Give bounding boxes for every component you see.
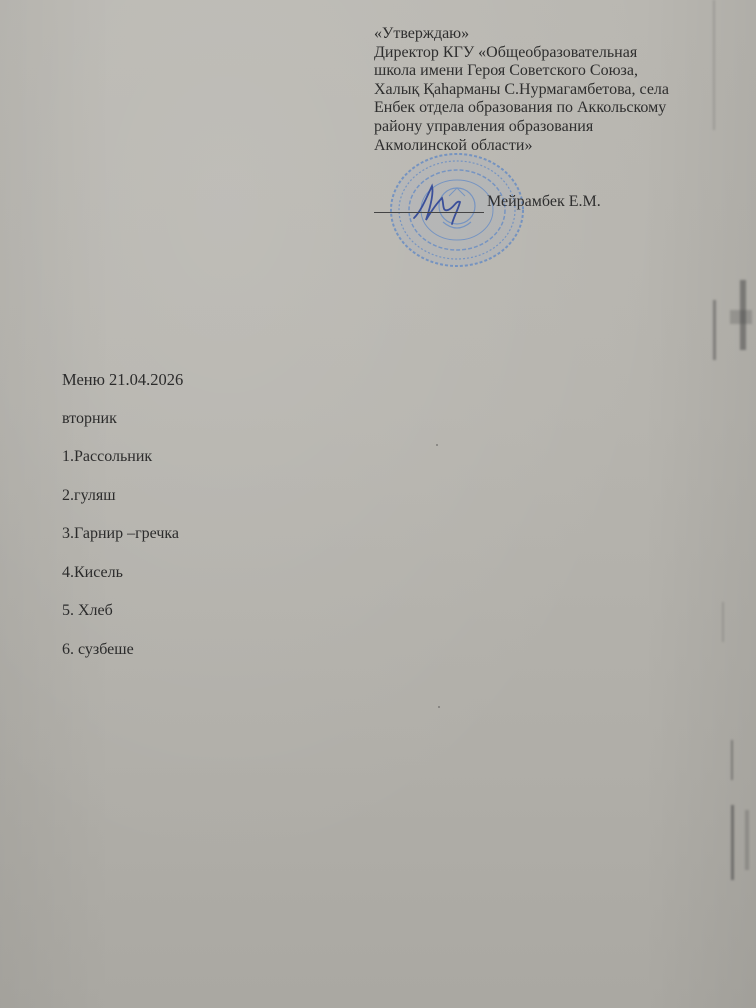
menu-item: 5. Хлеб [62, 602, 183, 641]
scan-streak [745, 810, 749, 870]
scan-streak [722, 602, 724, 642]
approval-heading: «Утверждаю» [374, 25, 756, 44]
approval-block: «Утверждаю» Директор КГУ «Общеобразовате… [374, 25, 756, 155]
speck [436, 444, 438, 446]
approval-line: Директор КГУ «Общеобразовательная [374, 44, 756, 63]
menu-item: 1.Рассольник [62, 448, 183, 487]
speck [438, 706, 440, 708]
menu-item: 4.Кисель [62, 564, 183, 603]
signer-name: Мейрамбек Е.М. [487, 193, 601, 211]
signature-row: Мейрамбек Е.М. [374, 193, 674, 217]
approval-line: школа имени Героя Советского Союза, [374, 62, 756, 81]
menu-block: Меню 21.04.2026 вторник 1.Рассольник 2.г… [62, 371, 183, 679]
approval-line: Халық Қаһарманы С.Нурмагамбетова, села [374, 81, 756, 100]
scan-streak [713, 300, 716, 360]
approval-line: району управления образования [374, 118, 756, 137]
menu-item: 6. сузбеше [62, 641, 183, 680]
signature-line [374, 212, 484, 213]
menu-item: 3.Гарнир –гречка [62, 525, 183, 564]
scan-streak [731, 740, 733, 780]
menu-item: 2.гуляш [62, 487, 183, 526]
scan-streak [730, 310, 752, 324]
menu-title: Меню 21.04.2026 [62, 371, 183, 410]
menu-weekday: вторник [62, 410, 183, 449]
scan-streak [731, 805, 734, 880]
approval-line: Енбек отдела образования по Аккольскому [374, 99, 756, 118]
approval-line: Акмолинской области» [374, 137, 756, 156]
